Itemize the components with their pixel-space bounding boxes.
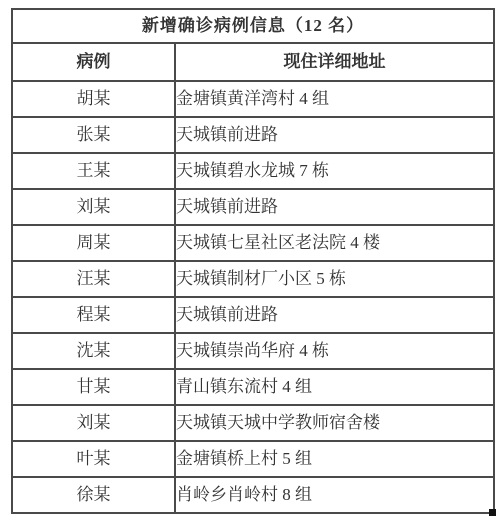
address-cell: 天城镇七星社区老法院 4 楼	[175, 225, 494, 261]
table-row: 程某 天城镇前进路	[12, 297, 494, 333]
address-cell: 天城镇前进路	[175, 189, 494, 225]
case-name-cell: 徐某	[12, 477, 175, 513]
address-cell: 天城镇天城中学教师宿舍楼	[175, 405, 494, 441]
case-name-cell: 程某	[12, 297, 175, 333]
address-cell: 金塘镇桥上村 5 组	[175, 441, 494, 477]
title-row: 新增确诊病例信息（12 名）	[12, 9, 494, 43]
table-row: 周某 天城镇七星社区老法院 4 楼	[12, 225, 494, 261]
case-name-cell: 刘某	[12, 189, 175, 225]
address-cell: 天城镇前进路	[175, 117, 494, 153]
address-cell: 天城镇前进路	[175, 297, 494, 333]
page: 新增确诊病例信息（12 名） 病例 现住详细地址 胡某 金塘镇黄洋湾村 4 组 …	[0, 0, 499, 521]
address-cell: 金塘镇黄洋湾村 4 组	[175, 81, 494, 117]
table-row: 王某 天城镇碧水龙城 7 栋	[12, 153, 494, 189]
table-row: 叶某 金塘镇桥上村 5 组	[12, 441, 494, 477]
case-name-cell: 张某	[12, 117, 175, 153]
case-name-cell: 沈某	[12, 333, 175, 369]
case-name-cell: 叶某	[12, 441, 175, 477]
address-cell: 肖岭乡肖岭村 8 组	[175, 477, 494, 513]
table-row: 甘某 青山镇东流村 4 组	[12, 369, 494, 405]
address-cell: 天城镇碧水龙城 7 栋	[175, 153, 494, 189]
address-cell: 天城镇崇尚华府 4 栋	[175, 333, 494, 369]
case-name-cell: 汪某	[12, 261, 175, 297]
table-row: 徐某 肖岭乡肖岭村 8 组	[12, 477, 494, 513]
case-name-cell: 甘某	[12, 369, 175, 405]
table-title: 新增确诊病例信息（12 名）	[12, 9, 494, 43]
table-row: 沈某 天城镇崇尚华府 4 栋	[12, 333, 494, 369]
table-row: 张某 天城镇前进路	[12, 117, 494, 153]
table-resize-handle	[489, 509, 496, 516]
header-row: 病例 现住详细地址	[12, 43, 494, 81]
table-row: 汪某 天城镇制材厂小区 5 栋	[12, 261, 494, 297]
column-header-address: 现住详细地址	[175, 43, 494, 81]
column-header-case: 病例	[12, 43, 175, 81]
case-info-table: 新增确诊病例信息（12 名） 病例 现住详细地址 胡某 金塘镇黄洋湾村 4 组 …	[11, 8, 495, 514]
case-name-cell: 周某	[12, 225, 175, 261]
case-name-cell: 刘某	[12, 405, 175, 441]
table-row: 胡某 金塘镇黄洋湾村 4 组	[12, 81, 494, 117]
case-name-cell: 胡某	[12, 81, 175, 117]
table-row: 刘某 天城镇天城中学教师宿舍楼	[12, 405, 494, 441]
address-cell: 青山镇东流村 4 组	[175, 369, 494, 405]
case-name-cell: 王某	[12, 153, 175, 189]
table-row: 刘某 天城镇前进路	[12, 189, 494, 225]
address-cell: 天城镇制材厂小区 5 栋	[175, 261, 494, 297]
